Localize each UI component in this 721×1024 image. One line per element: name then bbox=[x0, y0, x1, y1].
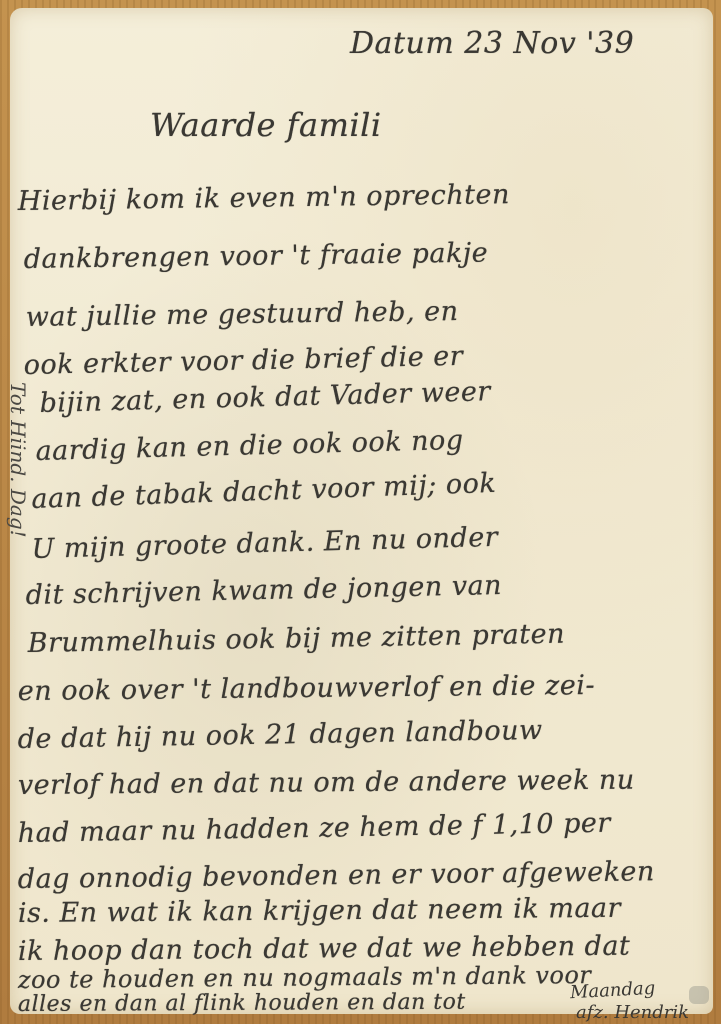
body-line: verlof had en dat nu om de andere week n… bbox=[18, 765, 635, 801]
margin-note: Tot Hiind. Dag! bbox=[6, 382, 30, 538]
body-line: dankbrengen voor 't fraaie pakje bbox=[24, 238, 489, 275]
body-line: is. En wat ik kan krijgen dat neem ik ma… bbox=[18, 893, 621, 929]
body-line: zoo te houden en nu nogmaals m'n dank vo… bbox=[18, 961, 592, 994]
corner-smudge bbox=[689, 986, 709, 1004]
salutation: Waarde famili bbox=[150, 106, 382, 144]
body-line: wat jullie me gestuurd heb, en bbox=[26, 296, 459, 333]
body-line: de dat hij nu ook 21 dagen landbouw bbox=[17, 715, 542, 755]
body-line: alles en dan al flink houden en dan tot bbox=[18, 990, 466, 1017]
body-line: en ook over 't landbouwverlof en die zei… bbox=[18, 670, 595, 707]
body-line: dit schrijven kwam de jongen van bbox=[25, 570, 502, 611]
body-line: Brummelhuis ook bij me zitten praten bbox=[27, 619, 565, 659]
date-line: Datum 23 Nov '39 bbox=[350, 26, 634, 61]
body-line: ook erkter voor die brief die er bbox=[23, 341, 463, 381]
body-line: aardig kan en die ook ook nog bbox=[35, 425, 464, 467]
letter-card: Datum 23 Nov '39 Waarde famili Hierbij k… bbox=[10, 8, 713, 1014]
body-line: U mijn groote dank. En nu onder bbox=[31, 522, 498, 565]
body-line: had maar nu hadden ze hem de f 1,10 per bbox=[17, 808, 611, 849]
body-line: bijin zat, en ook dat Vader weer bbox=[39, 376, 491, 419]
closing-day: Maandag bbox=[570, 978, 656, 1003]
body-line: dag onnodig bevonden en er voor afgeweke… bbox=[18, 856, 655, 895]
body-line: aan de tabak dacht voor mij; ook bbox=[31, 468, 497, 515]
signature: afz. Hendrik bbox=[576, 1002, 689, 1023]
body-line: Hierbij kom ik even m'n oprechten bbox=[18, 179, 511, 217]
